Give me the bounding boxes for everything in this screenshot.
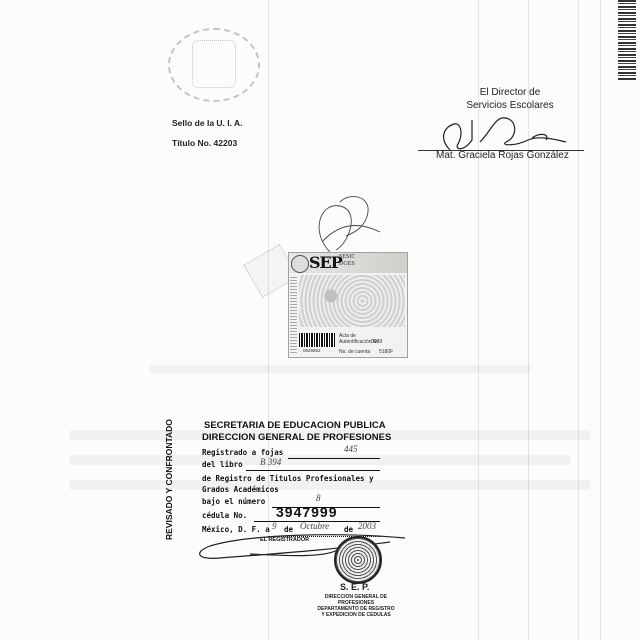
numero-value: 8 (316, 493, 321, 503)
cuenta-value: 5180F (379, 349, 393, 355)
stamp-header-line2: DIRECCION GENERAL DE PROFESIONES (202, 432, 391, 443)
registro-line2: Grados Académicos (202, 485, 279, 494)
cedula-number: 3947999 (276, 504, 338, 520)
bleed-through-text (150, 365, 530, 373)
cedula-label: cédula No. (202, 511, 247, 520)
stamp-header-line1: SECRETARIA DE EDUCACION PUBLICA (204, 420, 386, 431)
acta-value: 0009 (371, 339, 382, 345)
scanned-document-page: Sello de la U. I. A. Título No. 42203 El… (0, 0, 640, 640)
sep-logo: SEP (309, 253, 342, 272)
sticker-barcode (299, 333, 335, 347)
mexico-emblem-icon (291, 255, 309, 273)
sticker-barcode-number: 0629652 (303, 348, 321, 353)
sep-official-seal-icon (334, 536, 382, 584)
libro-value: B 394 (260, 457, 281, 467)
fojas-field (288, 448, 380, 459)
revisado-confrontado-label: REVISADO Y CONFRONTADO (164, 419, 174, 540)
fojas-value: 445 (344, 444, 358, 454)
sep-sub-line1: SESIC (339, 254, 355, 261)
sep-seal-label: S. E. P. (340, 582, 369, 592)
microprint (290, 277, 297, 353)
sep-seal-line3: Y EXPEDICION DE CEDULAS (316, 612, 396, 618)
numero-label: bajo el número (202, 497, 265, 506)
edge-barcode (618, 0, 636, 80)
registro-line1: de Registro de Titulos Profesionales y (202, 474, 374, 483)
fojas-label: Registrado a fojas (202, 448, 283, 457)
sep-authentication-sticker: SEP SESIC DGES 0629652 Acta de Autentifi… (288, 252, 408, 358)
scan-line (600, 0, 601, 640)
title-number: Título No. 42203 (172, 138, 237, 148)
director-name: Mat. Graciela Rojas González (436, 150, 569, 161)
eagle-hologram-icon (299, 275, 405, 327)
sep-sub-labels: SESIC DGES (339, 254, 355, 268)
sep-seal-line1: DIRECCION GENERAL DE PROFESIONES (316, 594, 396, 606)
seal-label: Sello de la U. I. A. (172, 118, 243, 128)
sep-sub-line2: DGES (339, 261, 355, 268)
uia-seal-icon (168, 28, 260, 102)
director-title-line1: El Director de (440, 86, 580, 99)
cuenta-label: No. de cuenta (339, 349, 370, 355)
libro-label: del libro (202, 460, 243, 469)
sep-seal-department: DIRECCION GENERAL DE PROFESIONES DEPARTA… (316, 594, 396, 618)
director-title: El Director de Servicios Escolares (440, 86, 580, 112)
